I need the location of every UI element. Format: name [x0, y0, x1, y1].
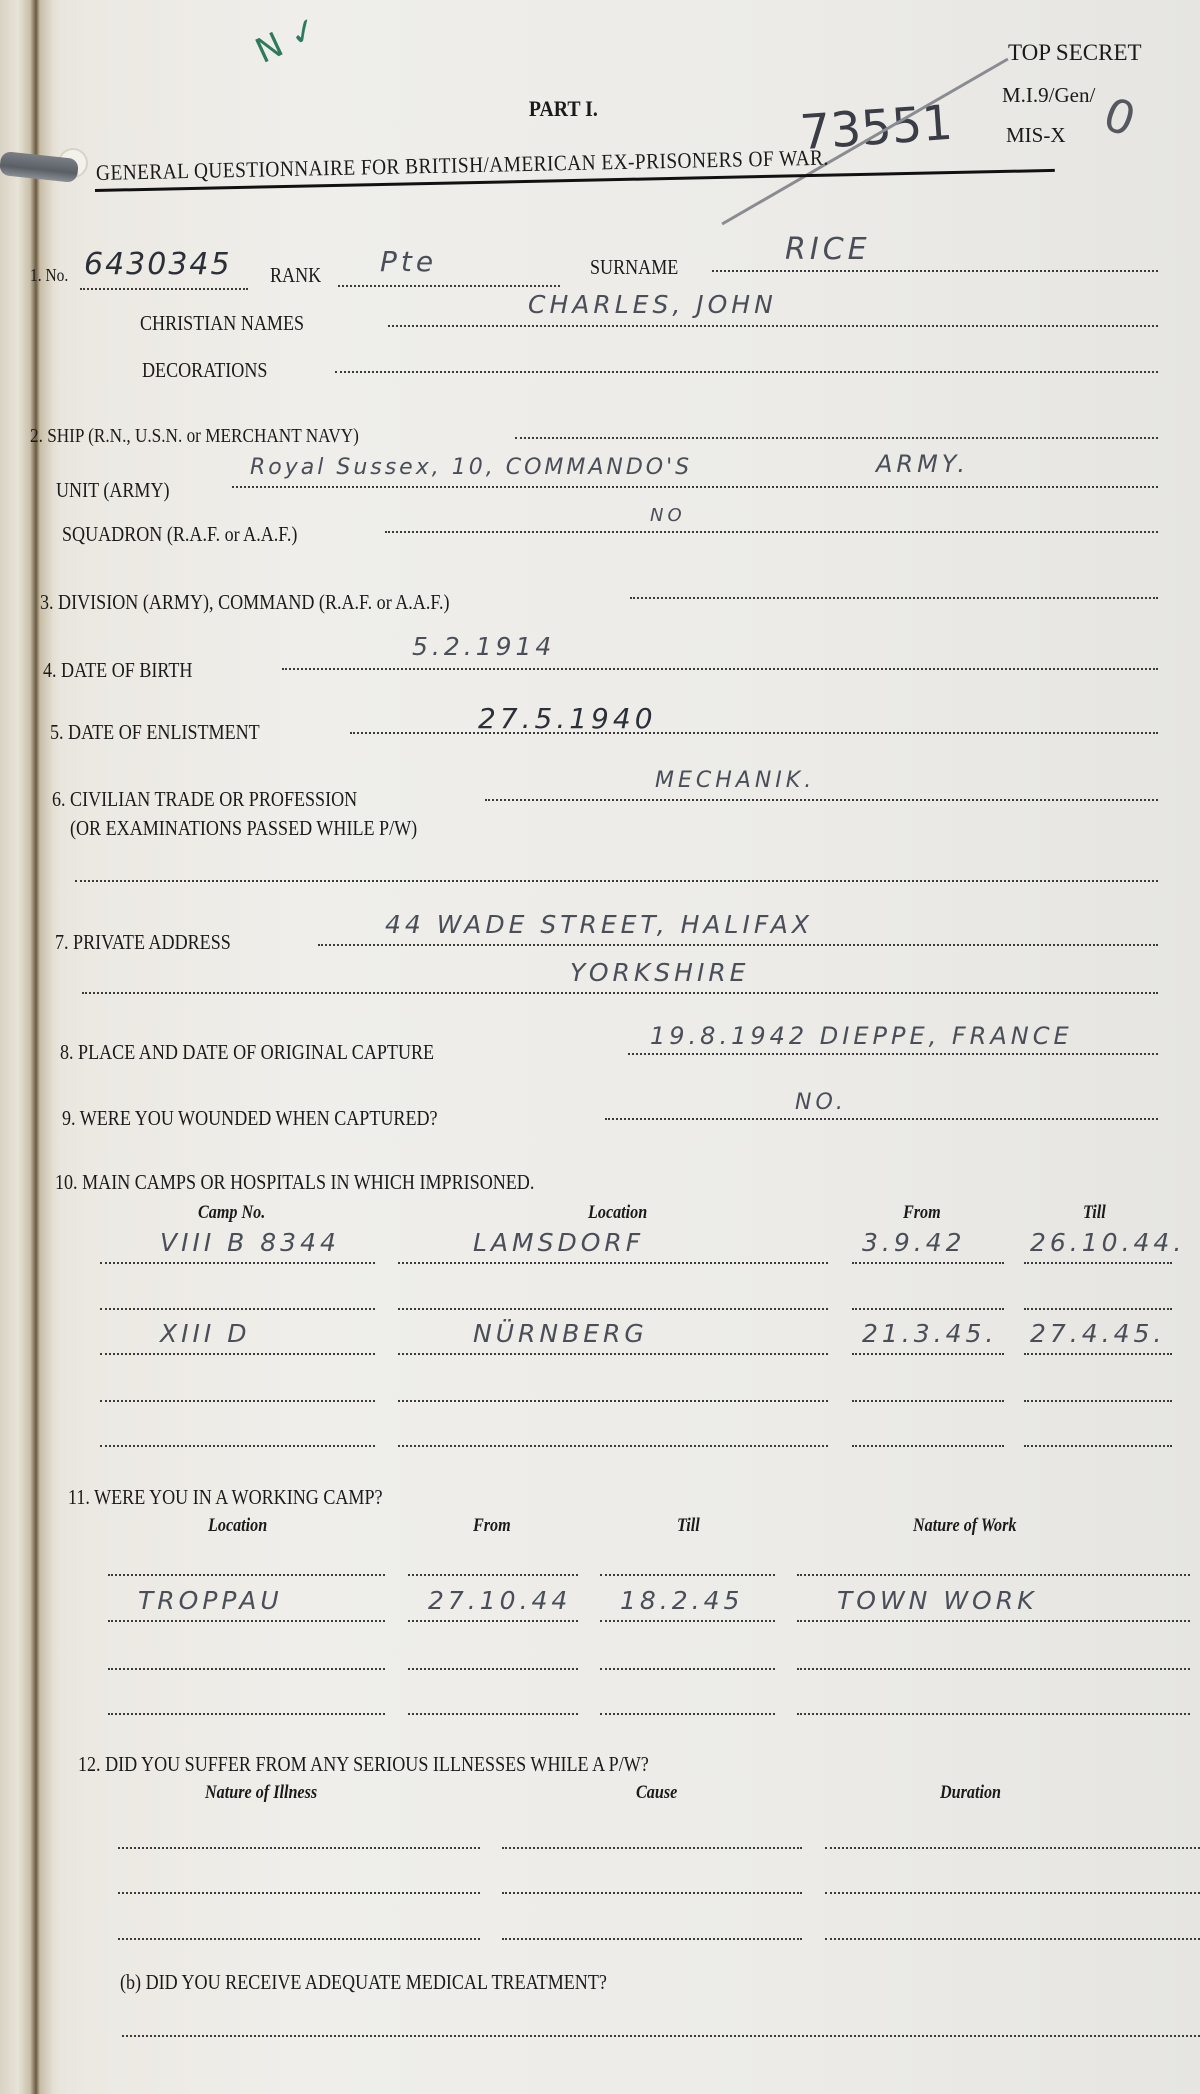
wounded-field-line — [605, 1118, 1158, 1120]
wounded-label: 9. WERE YOU WOUNDED WHEN CAPTURED? — [62, 1106, 438, 1131]
camp-row-line — [1024, 1308, 1172, 1310]
camp-row-cell[interactable]: NÜRNBERG — [473, 1319, 648, 1348]
camp-row-cell[interactable]: 26.10.44. — [1030, 1228, 1185, 1257]
capture-field-line — [628, 1053, 1158, 1055]
illness-row-line — [502, 1938, 802, 1940]
camp-row-line — [852, 1262, 1004, 1264]
reference-line-2: MIS-X — [1006, 123, 1066, 148]
part-heading: PART I. — [529, 96, 598, 122]
rank-label: RANK — [270, 263, 321, 288]
work-row-line — [108, 1620, 385, 1622]
camps-label: 10. MAIN CAMPS OR HOSPITALS IN WHICH IMP… — [55, 1170, 534, 1195]
decorations-label: DECORATIONS — [142, 358, 267, 383]
address-line-2[interactable]: YORKSHIRE — [570, 958, 749, 987]
address-line-1[interactable]: 44 WADE STREET, HALIFAX — [385, 910, 813, 939]
no-field-line — [80, 288, 248, 290]
work-row-line — [600, 1574, 775, 1576]
illness-row-line — [825, 1847, 1200, 1849]
binding-edge — [0, 0, 60, 2094]
camp-row-line — [1024, 1262, 1172, 1264]
address-field-line-1 — [318, 944, 1158, 946]
work-row-line — [408, 1668, 578, 1670]
ship-label: 2. SHIP (R.N., U.S.N. or MERCHANT NAVY) — [30, 425, 359, 448]
work-row-line — [797, 1574, 1190, 1576]
classification-label: TOP SECRET — [1008, 40, 1142, 66]
dob-field-line — [282, 668, 1158, 670]
work-row-cell[interactable]: 27.10.44 — [428, 1586, 571, 1615]
camp-row-cell[interactable]: 27.4.45. — [1030, 1319, 1165, 1348]
rank-field-line — [338, 285, 560, 287]
dob-label: 4. DATE OF BIRTH — [43, 658, 192, 683]
camp-row-line — [852, 1400, 1004, 1402]
trade-extra-line — [75, 880, 1158, 882]
camp-row-line — [852, 1353, 1004, 1355]
illness-row-line — [502, 1892, 802, 1894]
camp-row-line — [398, 1445, 828, 1447]
reference-line-1: M.I.9/Gen/ — [1002, 83, 1095, 108]
squadron-field-line — [385, 531, 1158, 533]
illness-col-duration: Duration — [940, 1782, 1001, 1804]
illness-row-line — [825, 1938, 1200, 1940]
camp-row-line — [100, 1400, 375, 1402]
surname-value[interactable]: RICE — [785, 232, 871, 267]
camp-row-cell[interactable]: XIII D — [160, 1319, 250, 1348]
work-row-line — [108, 1713, 385, 1715]
service-number-value[interactable]: 6430345 — [84, 247, 232, 282]
christian-names-label: CHRISTIAN NAMES — [140, 311, 304, 336]
work-col-nature: Nature of Work — [913, 1515, 1017, 1537]
ship-field-line — [515, 437, 1158, 439]
surname-label: SURNAME — [590, 255, 678, 280]
camp-row-line — [100, 1308, 375, 1310]
work-col-from: From — [473, 1515, 511, 1537]
division-field-line — [630, 597, 1158, 599]
rank-value[interactable]: Pte — [380, 245, 437, 278]
trade-value[interactable]: MECHANIK. — [655, 768, 815, 793]
squadron-value[interactable]: NO — [650, 505, 686, 526]
division-label: 3. DIVISION (ARMY), COMMAND (R.A.F. or A… — [40, 590, 449, 615]
medical-treatment-label: (b) DID YOU RECEIVE ADEQUATE MEDICAL TRE… — [120, 1970, 607, 1995]
camp-row-line — [1024, 1353, 1172, 1355]
unit-value[interactable]: Royal Sussex, 10, COMMANDO'S — [250, 455, 692, 480]
dob-value[interactable]: 5.2.1914 — [412, 632, 555, 661]
illness-col-cause: Cause — [636, 1782, 677, 1804]
unit-field-line — [232, 486, 1158, 488]
work-row-line — [108, 1668, 385, 1670]
illness-row-line — [825, 1892, 1200, 1894]
christian-names-field-line — [388, 325, 1158, 327]
capture-value[interactable]: 19.8.1942 DIEPPE, FRANCE — [650, 1022, 1073, 1050]
camp-row-cell[interactable]: LAMSDORF — [473, 1228, 644, 1257]
work-row-line — [600, 1668, 775, 1670]
unit-label: UNIT (ARMY) — [56, 478, 170, 503]
camp-row-cell[interactable]: 21.3.45. — [862, 1319, 997, 1348]
work-row-line — [408, 1713, 578, 1715]
illness-label: 12. DID YOU SUFFER FROM ANY SERIOUS ILLN… — [78, 1752, 649, 1777]
camp-row-line — [100, 1262, 375, 1264]
work-row-line — [108, 1574, 385, 1576]
item1-no-label: 1. No. — [30, 265, 68, 286]
trade-field-line — [485, 799, 1158, 801]
address-field-line-2 — [82, 992, 1158, 994]
trade-label: 6. CIVILIAN TRADE OR PROFESSION — [52, 787, 357, 812]
address-label: 7. PRIVATE ADDRESS — [55, 930, 231, 955]
christian-names-value[interactable]: CHARLES, JOHN — [528, 290, 777, 319]
work-row-line — [797, 1713, 1190, 1715]
camps-col-till: Till — [1083, 1202, 1106, 1224]
decorations-field-line — [335, 371, 1158, 373]
camps-col-from: From — [903, 1202, 941, 1224]
work-row-line — [408, 1574, 578, 1576]
work-row-line — [797, 1620, 1190, 1622]
illness-col-nature: Nature of Illness — [205, 1782, 317, 1804]
camp-row-cell[interactable]: VIII B 8344 — [160, 1228, 340, 1257]
work-row-line — [600, 1620, 775, 1622]
trade-sublabel: (OR EXAMINATIONS PASSED WHILE P/W) — [70, 816, 417, 841]
capture-label: 8. PLACE AND DATE OF ORIGINAL CAPTURE — [60, 1040, 434, 1065]
camp-row-line — [398, 1353, 828, 1355]
surname-field-line — [712, 270, 1158, 272]
camp-row-line — [1024, 1400, 1172, 1402]
camp-row-line — [398, 1308, 828, 1310]
illness-row-line — [118, 1892, 480, 1894]
wounded-value[interactable]: NO. — [795, 1090, 847, 1115]
camp-row-line — [398, 1400, 828, 1402]
camp-row-cell[interactable]: 3.9.42 — [862, 1228, 966, 1257]
medical-treatment-field-line — [122, 2035, 1200, 2037]
camp-row-line — [852, 1445, 1004, 1447]
work-col-location: Location — [208, 1515, 267, 1537]
work-col-till: Till — [677, 1515, 700, 1537]
camp-row-line — [852, 1308, 1004, 1310]
work-row-line — [600, 1713, 775, 1715]
work-row-cell[interactable]: TROPPAU — [138, 1586, 283, 1615]
camp-row-line — [398, 1262, 828, 1264]
unit-value-extra[interactable]: ARMY. — [876, 450, 969, 478]
camp-row-line — [100, 1445, 375, 1447]
working-camp-label: 11. WERE YOU IN A WORKING CAMP? — [68, 1485, 383, 1510]
camp-row-line — [1024, 1445, 1172, 1447]
work-row-cell[interactable]: TOWN WORK — [837, 1586, 1037, 1615]
illness-row-line — [118, 1847, 480, 1849]
enlistment-field-line — [350, 732, 1158, 734]
work-row-line — [408, 1620, 578, 1622]
camps-col-camp-no: Camp No. — [198, 1202, 265, 1224]
enlistment-value[interactable]: 27.5.1940 — [478, 702, 657, 735]
camp-row-line — [100, 1353, 375, 1355]
work-row-cell[interactable]: 18.2.45 — [620, 1586, 743, 1615]
camps-col-location: Location — [588, 1202, 647, 1224]
work-row-line — [797, 1668, 1190, 1670]
illness-row-line — [118, 1938, 480, 1940]
enlistment-label: 5. DATE OF ENLISTMENT — [50, 720, 260, 745]
squadron-label: SQUADRON (R.A.F. or A.A.F.) — [62, 522, 297, 547]
illness-row-line — [502, 1847, 802, 1849]
